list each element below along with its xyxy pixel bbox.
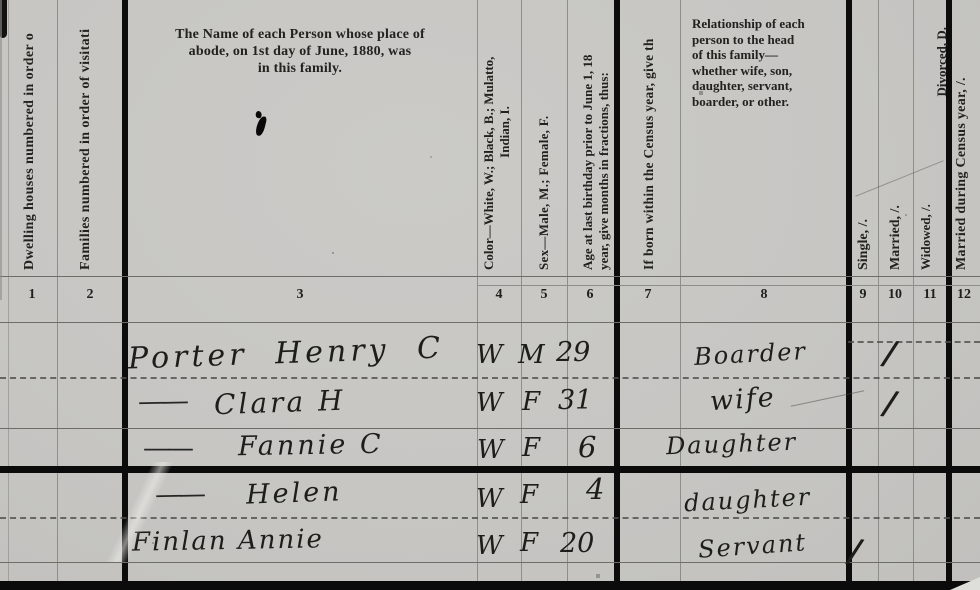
- col2-heading-families: Families numbered in order of visitati: [78, 0, 94, 270]
- entry-age: 29: [556, 337, 590, 368]
- col6-heading-age: Age at last birthday prior to June 1, 18…: [580, 0, 612, 270]
- entry-color: W: [477, 435, 504, 465]
- col6-heading-line2: year, give months in fractions, thus:: [596, 0, 612, 270]
- row-rule-dashed: [0, 377, 980, 379]
- col-number-7: 7: [631, 287, 665, 303]
- col3-heading-line3: in this family.: [140, 60, 460, 77]
- col7-heading-born-census-year: If born within the Census year, give th: [641, 0, 657, 270]
- sheet-bottom-rule: [0, 581, 980, 590]
- col-number-2: 2: [73, 287, 107, 303]
- col7-heading-text: If born within the Census year, give th: [641, 0, 657, 270]
- column-divider: [567, 0, 568, 582]
- col5-heading-text: Sex—Male, M.; Female, F.: [536, 0, 552, 270]
- col4-heading-line2: Indian, I.: [497, 0, 513, 270]
- header-bottom-rule-double: [477, 285, 980, 286]
- col3-heading-name: The Name of each Person whose place of a…: [140, 26, 460, 77]
- entry-age: 31: [558, 385, 592, 416]
- entry-color: W: [476, 531, 503, 561]
- col8-heading-line3: of this family—: [692, 47, 844, 63]
- entry-name: Porter Henry C: [127, 330, 444, 376]
- entry-relationship: daughter: [683, 483, 812, 518]
- entry-ditto-dash: ——: [138, 386, 187, 418]
- column-divider: [680, 0, 681, 582]
- number-row-rule: [0, 322, 980, 323]
- col9-heading-single: Single, /.: [856, 38, 872, 270]
- col-number-4: 4: [482, 287, 516, 303]
- entry-married-mark: /: [882, 333, 898, 372]
- col-number-1: 1: [15, 287, 49, 303]
- entry-ditto-dash: ——: [143, 433, 191, 464]
- col8-heading-line5: daughter, servant,: [692, 78, 844, 94]
- col11-heading-widowed-divorced: Widowed, /. Divorced, D.: [918, 27, 950, 270]
- col8-heading-line2: person to the head: [692, 32, 844, 48]
- col9-heading-text: Single, /.: [856, 38, 872, 270]
- scan-speckle-noise: [0, 0, 2, 2]
- entry-age: 4: [586, 472, 604, 506]
- row-rule: [0, 562, 980, 563]
- scan-edge-shadow: [0, 0, 2, 300]
- column-divider-thick: [614, 0, 620, 590]
- entry-color: W: [476, 388, 503, 418]
- col3-heading-line1: The Name of each Person whose place of: [140, 26, 460, 43]
- entry-single-mark: /: [847, 531, 863, 570]
- col8-heading-line4: whether wife, son,: [692, 63, 844, 79]
- entry-sex: F: [520, 480, 538, 510]
- col4-heading-line1: Color—White, W.; Black, B.; Mulatto,: [481, 0, 497, 270]
- col-number-12: 12: [947, 287, 980, 303]
- entry-color: W: [476, 340, 503, 370]
- entry-sex: F: [520, 528, 538, 558]
- col-number-6: 6: [573, 287, 607, 303]
- col1-heading-dwelling-houses: Dwelling houses numbered in order o: [22, 0, 38, 270]
- col12-heading-married-during-year: Married during Census year, /.: [954, 30, 970, 270]
- row-rule-dashed: [848, 341, 980, 343]
- col-number-5: 5: [527, 287, 561, 303]
- scan-scratch: [791, 390, 865, 407]
- col-number-10: 10: [878, 287, 912, 303]
- entry-name: Helen: [245, 476, 343, 510]
- col6-heading-line1: Age at last birthday prior to June 1, 18: [580, 0, 596, 270]
- col-number-8: 8: [747, 287, 781, 303]
- col11-heading-line1: Widowed, /.: [918, 27, 934, 270]
- col10-heading-married: Married, /.: [888, 38, 904, 270]
- col10-heading-text: Married, /.: [888, 38, 904, 270]
- col1-heading-text: Dwelling houses numbered in order o: [22, 0, 38, 270]
- col11-heading-line2: Divorced, D.: [934, 27, 950, 270]
- col3-heading-line2: abode, on 1st day of June, 1880, was: [140, 43, 460, 60]
- entry-sex: F: [522, 433, 540, 463]
- header-bottom-rule: [0, 276, 980, 277]
- entry-married-mark: /: [882, 383, 898, 422]
- col2-heading-text: Families numbered in order of visitati: [78, 0, 94, 270]
- col-number-3: 3: [283, 287, 317, 303]
- col8-heading-line6: boarder, or other.: [692, 94, 844, 110]
- entry-name: Clara H: [213, 384, 346, 422]
- entry-relationship: wife: [709, 382, 777, 418]
- entry-age: 6: [578, 430, 596, 464]
- census-sheet-scan: Dwelling houses numbered in order o Fami…: [0, 0, 980, 590]
- entry-sex: F: [522, 387, 540, 417]
- column-divider: [8, 0, 9, 582]
- col4-heading-color: Color—White, W.; Black, B.; Mulatto, Ind…: [481, 0, 513, 270]
- col-number-11: 11: [913, 287, 947, 303]
- col8-heading-relationship: Relationship of each person to the head …: [692, 16, 844, 109]
- ink-blot: [255, 115, 268, 136]
- entry-relationship: Servant: [697, 528, 808, 564]
- entry-color: W: [476, 484, 503, 514]
- entry-age: 20: [560, 528, 594, 559]
- entry-relationship: Daughter: [666, 428, 798, 461]
- col8-heading-line1: Relationship of each: [692, 16, 844, 32]
- entry-name: Fannie C: [238, 429, 384, 463]
- paper-crease: [55, 462, 225, 562]
- entry-sex: M: [518, 340, 545, 370]
- col12-heading-text: Married during Census year, /.: [954, 30, 970, 270]
- col5-heading-sex: Sex—Male, M.; Female, F.: [536, 0, 552, 270]
- col-number-9: 9: [846, 287, 880, 303]
- row-rule: [0, 428, 980, 429]
- entry-relationship: Boarder: [693, 337, 807, 371]
